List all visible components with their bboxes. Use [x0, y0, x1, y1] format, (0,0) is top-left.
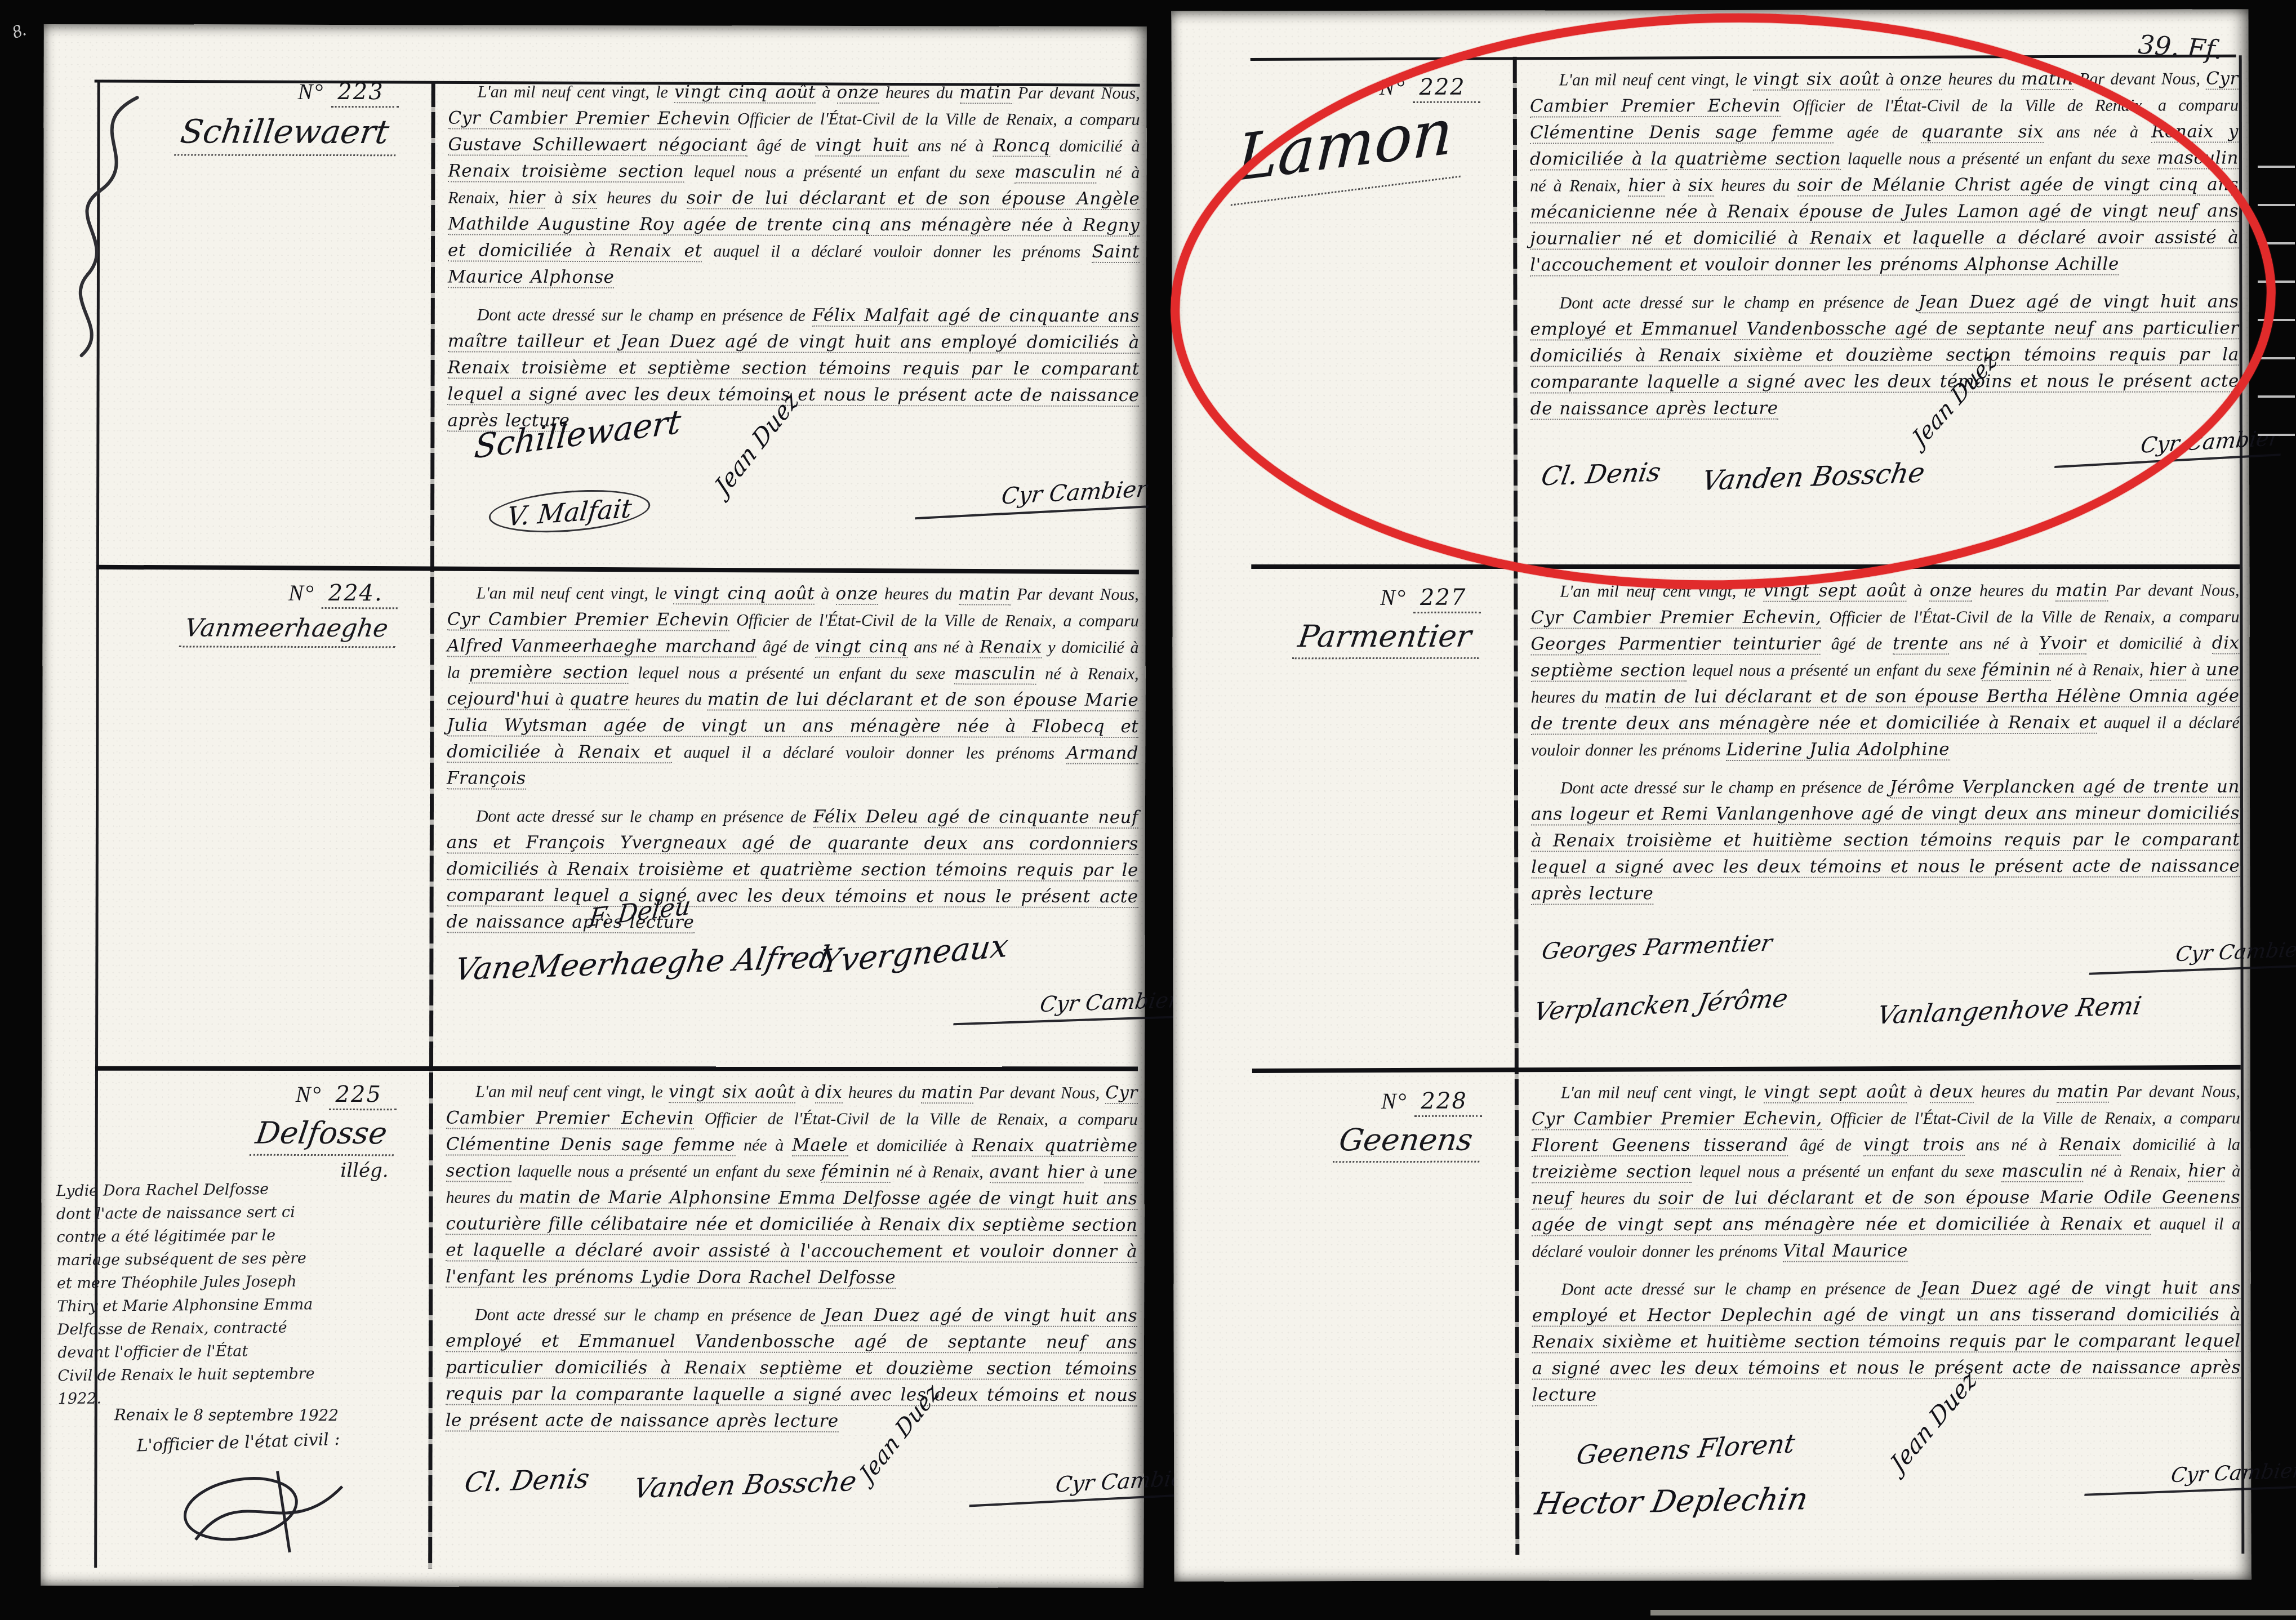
number-label: N° [298, 79, 324, 104]
printed-segment: âgé de [1821, 634, 1893, 653]
number-label: N° [1381, 1088, 1408, 1114]
printed-segment: né à Renaix, [2083, 1162, 2188, 1181]
handwritten-segment: vingt six août [669, 1082, 795, 1103]
act-paragraph-1: L'an mil neuf cent vingt, le vingt cinq … [448, 78, 1140, 292]
scan-bottom-sliver [1650, 1610, 2296, 1615]
handwritten-segment: treizième section [1532, 1161, 1692, 1183]
printed-segment: âgé de [1788, 1136, 1863, 1155]
printed-segment: heures du [1942, 70, 2021, 88]
act-paragraph-2: Dont acte dressé sur le champ en présenc… [446, 1301, 1137, 1435]
printed-segment: heures du [879, 83, 960, 102]
printed-segment: à [1907, 1083, 1930, 1101]
handwritten-segment: Florent Geenens tisserand [1532, 1135, 1788, 1157]
printed-segment: L'an mil neuf cent vingt, le [1559, 70, 1753, 90]
printed-segment: lequel nous a présenté un enfant du sexe [684, 162, 1014, 181]
printed-segment: né à Renaix, [2051, 661, 2150, 679]
handwritten-segment: Liderine Julia Adolphine [1726, 739, 1950, 761]
handwritten-segment: vingt cinq août [673, 583, 815, 605]
handwritten-segment: vingt cinq [815, 637, 908, 658]
handwritten-segment: masculin [2157, 148, 2239, 169]
handwritten-segment: Vital Maurice [1783, 1240, 1908, 1262]
handwritten-segment: matin [2057, 1082, 2109, 1103]
handwritten-segment: onze [1930, 580, 1972, 602]
handwritten-segment: quatre [569, 689, 629, 710]
number-value: 227 [1413, 585, 1481, 613]
printed-segment: né à Renaix, [1530, 176, 1628, 195]
number-value: 225 [329, 1082, 397, 1110]
act-margin-224: N° 224. Vanmeerhaeghe [54, 579, 418, 648]
handwritten-segment: vingt cinq août [674, 82, 816, 104]
act-body-228: L'an mil neuf cent vingt, le vingt sept … [1532, 1078, 2241, 1575]
printed-segment: Dont acte dressé sur le champ en présenc… [1561, 1279, 1920, 1298]
printed-segment: Officier de l'État-Civil de la Ville de … [1821, 607, 2239, 626]
signature-officer: Cyr Cambier [2054, 425, 2284, 468]
act-surname: Schillewaert [55, 112, 398, 156]
handwritten-segment: six [1688, 175, 1714, 197]
printed-segment: Par devant Nous, [2108, 581, 2240, 599]
handwritten-segment: une [1104, 1162, 1138, 1183]
margin-note-date: Renaix le 8 septembre 1922 [114, 1405, 339, 1425]
surname-value: Delfosse [249, 1115, 399, 1156]
printed-segment: et domicilié à [2086, 634, 2212, 652]
handwritten-segment: vingt trois [1863, 1134, 1965, 1156]
signature-witness-2: Vanden Bossche [1699, 457, 1927, 497]
printed-segment: à [1880, 70, 1900, 88]
printed-segment: Officier de l'État-Civil de la Ville de … [731, 110, 1140, 130]
signature-officer: Cyr Cambier [969, 1465, 1199, 1507]
act-paragraph-1: L'an mil neuf cent vingt, le vingt cinq … [447, 580, 1139, 793]
handwritten-segment: vingt six août [1753, 69, 1880, 90]
handwritten-segment: matin [958, 584, 1011, 605]
act-margin-222: N° 222 Lamon [1183, 74, 1503, 192]
signature-declarant: Cl. Denis [462, 1463, 591, 1499]
printed-segment: heures du [878, 585, 959, 603]
signature-witness-2: Hector Deplechin [1532, 1481, 1811, 1522]
printed-segment: ans né à [907, 638, 980, 656]
handwritten-segment: hier [2188, 1160, 2224, 1182]
act-paragraph-2: Dont acte dressé sur le champ en présenc… [1531, 773, 2240, 907]
act-margin-225: N° 225 Delfosse illég. [53, 1080, 417, 1182]
handwritten-segment: Maele [792, 1135, 848, 1156]
printed-segment: Officier de l'État-Civil de la Ville de … [1781, 96, 2239, 115]
printed-segment: laquelle nous a présenté un enfant du se… [1841, 149, 2157, 168]
act-number: N° 223 [55, 78, 399, 105]
number-value: 223 [331, 79, 398, 108]
printed-segment: ans né à [1948, 634, 2039, 653]
signature-witness-2: Vanlangenhove Remi [1875, 991, 2144, 1030]
printed-segment: heures du [629, 690, 707, 709]
printed-segment: Par devant Nous, [2073, 69, 2206, 88]
handwritten-segment: deux [1930, 1082, 1974, 1103]
printed-segment: ans née à [2044, 123, 2152, 141]
signature-witness-1: Vanden Bossche [631, 1466, 859, 1505]
printed-segment: lequel nous a présenté un enfant du sexe [1692, 1162, 2001, 1181]
printed-segment: à [1084, 1163, 1104, 1182]
act-body-227: L'an mil neuf cent vingt, le vingt sept … [1530, 577, 2240, 1065]
printed-segment: Par devant Nous, [2109, 1082, 2240, 1101]
printed-segment: domicilié à la [2121, 1135, 2240, 1154]
printed-segment: à [1665, 176, 1688, 195]
printed-segment: Officier de l'État-Civil de la Ville de … [1822, 1109, 2240, 1128]
surname-value: Vanmeerhaeghe [179, 613, 400, 648]
act-surname: Delfosse [53, 1115, 397, 1156]
act-paragraph-1: L'an mil neuf cent vingt, le vingt six a… [1530, 65, 2239, 278]
signature-declarant: VaneMeerhaeghe Alfred [452, 939, 832, 987]
act-margin-223: N° 223 Schillewaert [55, 78, 419, 156]
legitimation-margin-note: Lydie Dora Rachel Delfosse dont l'acte d… [56, 1177, 395, 1410]
signature-officer: Cyr Cambier [2084, 1459, 2296, 1496]
act-margin-227: N° 227 Parmentier [1183, 584, 1503, 660]
printed-segment [1667, 150, 1674, 168]
margin-note-officer: L'officier de l'état civil : [136, 1430, 340, 1456]
signature-witness-1: V. Malfait [487, 485, 652, 537]
handwritten-segment: matin [2055, 580, 2108, 602]
handwritten-segment: Clémentine Denis sage femme [1530, 122, 1834, 144]
printed-segment: à [2186, 660, 2205, 679]
handwritten-segment: Roncq [993, 135, 1051, 157]
handwritten-segment: Yvoir [2039, 633, 2086, 655]
act-surname: Lamon [1183, 108, 1480, 192]
act-body-225: L'an mil neuf cent vingt, le vingt six a… [445, 1078, 1138, 1559]
handwritten-segment: vingt sept août [1763, 580, 1906, 602]
register-scan: { "document": { "corner_mark": "8.", "pa… [0, 0, 2296, 1620]
signature-witness-1: Verplancken Jérôme [1532, 984, 1791, 1027]
act-number: N° 228 [1185, 1088, 1482, 1115]
handwritten-segment: masculin [1014, 162, 1096, 184]
printed-segment: L'an mil neuf cent vingt, le [475, 1083, 669, 1102]
scan-edge-artifacts [2258, 130, 2295, 456]
handwritten-segment: Georges Parmentier teinturier [1530, 634, 1821, 656]
handwritten-segment: première section [469, 662, 629, 684]
act-surname: Vanmeerhaeghe [54, 613, 398, 648]
corner-mark: 8. [10, 19, 29, 43]
number-label: N° [288, 580, 315, 606]
margin-column-rule [428, 81, 435, 1568]
printed-segment: lequel nous a présenté un enfant du sexe [629, 664, 954, 683]
handwritten-segment: Cyr Cambier Premier Echevin [447, 609, 729, 631]
signature-officer: Cyr Cambier [2089, 938, 2296, 975]
printed-segment: Par devant Nous, [973, 1083, 1106, 1102]
handwritten-segment: quatrième section [1674, 149, 1841, 171]
signature-declarant: Georges Parmentier [1540, 930, 1774, 964]
printed-segment: à [2224, 1161, 2240, 1180]
number-value: 224. [322, 580, 398, 609]
handwritten-segment: Alfred Vanmeerhaeghe marchand [447, 635, 757, 657]
page-top-rule [1251, 55, 2236, 61]
printed-segment: à [550, 690, 569, 709]
printed-segment: heures du [1531, 688, 1605, 706]
handwritten-segment: cejourd'hui [447, 688, 550, 710]
printed-segment: heures du [1973, 1083, 2057, 1101]
handwritten-segment: matin [921, 1082, 973, 1103]
printed-segment: L'an mil neuf cent vingt, le [1561, 1083, 1764, 1102]
printed-segment: née à [735, 1136, 792, 1155]
handwritten-segment: vingt huit [815, 135, 909, 157]
act-surname: Geenens [1185, 1122, 1482, 1163]
act-paragraph-2: Dont acte dressé sur le champ en présenc… [1532, 1275, 2240, 1408]
handwritten-segment: Gustave Schillewaert négociant [448, 134, 747, 156]
handwritten-segment: matin [959, 82, 1012, 104]
left-page-scan: N° 223 Schillewaert L'an mil neuf cent v… [41, 24, 1147, 1588]
printed-segment: à [815, 585, 835, 603]
act-margin-228: N° 228 Geenens [1185, 1088, 1505, 1163]
handwritten-segment: avant hier [989, 1161, 1084, 1183]
officer-signature-flourish [170, 1455, 356, 1563]
page-number: 39. Ff. [2137, 29, 2223, 65]
printed-segment: Dont acte dressé sur le champ en présenc… [477, 306, 812, 325]
number-label: N° [1380, 74, 1406, 100]
printed-segment: Officier de l'État-Civil de la Ville de … [694, 1109, 1138, 1129]
handwritten-segment: Cyr Cambier Premier Echevin [448, 108, 731, 130]
handwritten-segment: quarante six [1921, 122, 2043, 143]
printed-segment: Par devant Nous, [1012, 84, 1140, 103]
printed-segment: Dont acte dressé sur le champ en présenc… [1559, 293, 1918, 312]
printed-segment: né à Renaix, [890, 1163, 989, 1181]
printed-segment: L'an mil neuf cent vingt, le [1560, 582, 1763, 601]
handwritten-segment: Cyr Cambier Premier Echevin, [1532, 1109, 1822, 1131]
printed-segment: L'an mil neuf cent vingt, le [478, 83, 674, 102]
number-value: 228 [1414, 1088, 1482, 1117]
handwritten-segment: onze [1900, 69, 1942, 90]
act-paragraph-1: L'an mil neuf cent vingt, le vingt sept … [1532, 1078, 2241, 1265]
signature-declarant: Geenens Florent [1574, 1428, 1797, 1470]
handwritten-segment: neuf [1532, 1188, 1572, 1209]
number-label: N° [296, 1082, 322, 1107]
handwritten-segment: masculin [2001, 1161, 2083, 1182]
signature-declarant: Cl. Denis [1539, 456, 1663, 491]
printed-segment: heures du [1972, 581, 2055, 600]
surname-value: Schillewaert [174, 112, 402, 156]
handwritten-segment: matin de Marie Alphonsine Emma Delfosse … [446, 1187, 1137, 1289]
handwritten-segment: Cyr Cambier Premier Echevin, [1530, 607, 1821, 629]
printed-segment: laquelle nous a présenté un enfant du se… [511, 1162, 821, 1181]
handwritten-segment: Renaix troisième section [448, 161, 684, 183]
right-page-scan: 39. Ff. N° 222 Lamon L'an mil neuf cent … [1172, 9, 2251, 1581]
surname-value: Parmentier [1292, 618, 1484, 660]
act-body-224: L'an mil neuf cent vingt, le vingt cinq … [446, 580, 1139, 1066]
printed-segment: L'an mil neuf cent vingt, le [477, 584, 673, 603]
printed-segment: lequel nous a présenté un enfant du sexe [1686, 661, 1982, 680]
printed-segment: âgé de [747, 136, 815, 155]
record-separator [1251, 564, 2240, 569]
handwritten-segment: hier [509, 188, 545, 209]
act-number: N° 224. [54, 579, 398, 606]
printed-segment: agée de [1834, 123, 1921, 141]
act-body-223: L'an mil neuf cent vingt, le vingt cinq … [447, 78, 1140, 567]
printed-segment: heures du [1572, 1189, 1658, 1208]
printed-segment: à [816, 83, 836, 102]
printed-segment: à [1906, 581, 1929, 600]
handwritten-segment: masculin [954, 663, 1036, 684]
handwritten-segment: onze [836, 82, 879, 104]
handwritten-segment: onze [836, 584, 878, 605]
handwritten-segment: hier [1628, 175, 1665, 197]
handwritten-segment: Renaix [2059, 1134, 2121, 1156]
record-separator [95, 1066, 1138, 1071]
printed-segment: né à Renaix, [1036, 665, 1139, 683]
printed-segment: âgé de [757, 638, 815, 656]
handwritten-segment: trente [1893, 633, 1948, 655]
printed-segment: heures du [598, 189, 687, 207]
printed-segment: heures du [843, 1083, 921, 1102]
handwritten-segment: féminin [1982, 660, 2051, 681]
printed-segment: auquel il a déclaré vouloir donner les p… [702, 242, 1092, 261]
handwritten-segment: une [2206, 659, 2240, 680]
act-paragraph-2: Dont acte dressé sur le champ en présenc… [447, 803, 1138, 937]
record-separator [1252, 1065, 2241, 1073]
surname-value: Geenens [1333, 1122, 1485, 1163]
handwritten-segment: dix [815, 1082, 843, 1103]
printed-segment: heures du [1714, 176, 1797, 195]
handwritten-segment: Renaix [980, 637, 1042, 658]
printed-segment: Officier de l'État-Civil de la Ville de … [729, 611, 1139, 631]
printed-segment: et domiciliée à [848, 1136, 972, 1155]
printed-segment: Dont acte dressé sur le champ en présenc… [476, 807, 813, 826]
printed-segment: à [545, 189, 572, 207]
handwritten-segment: vingt sept août [1764, 1082, 1907, 1103]
printed-segment: heures du [446, 1188, 519, 1207]
printed-segment: Dont acte dressé sur le champ en présenc… [1560, 778, 1890, 797]
signature-officer: Cyr Cambier [915, 476, 1152, 519]
printed-segment: ans né à [1965, 1136, 2059, 1154]
margin-column-rule [1513, 57, 1520, 1555]
handwritten-segment: Clémentine Denis sage femme [446, 1134, 736, 1156]
act-paragraph-2: Dont acte dressé sur le champ en présenc… [1530, 288, 2239, 422]
act-number: N° 225 [53, 1080, 397, 1107]
printed-segment: domicilié à [1050, 137, 1140, 155]
printed-segment: Dont acte dressé sur le champ en présenc… [475, 1306, 824, 1325]
handwritten-segment: six [572, 188, 598, 209]
act-body-222: L'an mil neuf cent vingt, le vingt six a… [1530, 65, 2240, 559]
printed-segment: auquel il a déclaré vouloir donner les p… [672, 743, 1067, 762]
handwritten-segment: matin [2021, 69, 2073, 90]
printed-segment: ans né à [909, 136, 993, 155]
act-surname: Parmentier [1183, 618, 1481, 660]
handwritten-segment: hier [2149, 660, 2186, 681]
act-number: N° 227 [1183, 584, 1481, 611]
number-label: N° [1380, 585, 1407, 610]
signature-officer: Cyr Cambier [953, 987, 1183, 1025]
act-paragraph-1: L'an mil neuf cent vingt, le vingt six a… [446, 1078, 1138, 1292]
act-paragraph-1: L'an mil neuf cent vingt, le vingt sept … [1530, 577, 2240, 763]
printed-segment: Par devant Nous, [1011, 585, 1139, 604]
printed-segment: à [795, 1083, 815, 1102]
surname-value: Lamon [1231, 94, 1465, 206]
handwritten-segment: féminin [821, 1161, 891, 1183]
